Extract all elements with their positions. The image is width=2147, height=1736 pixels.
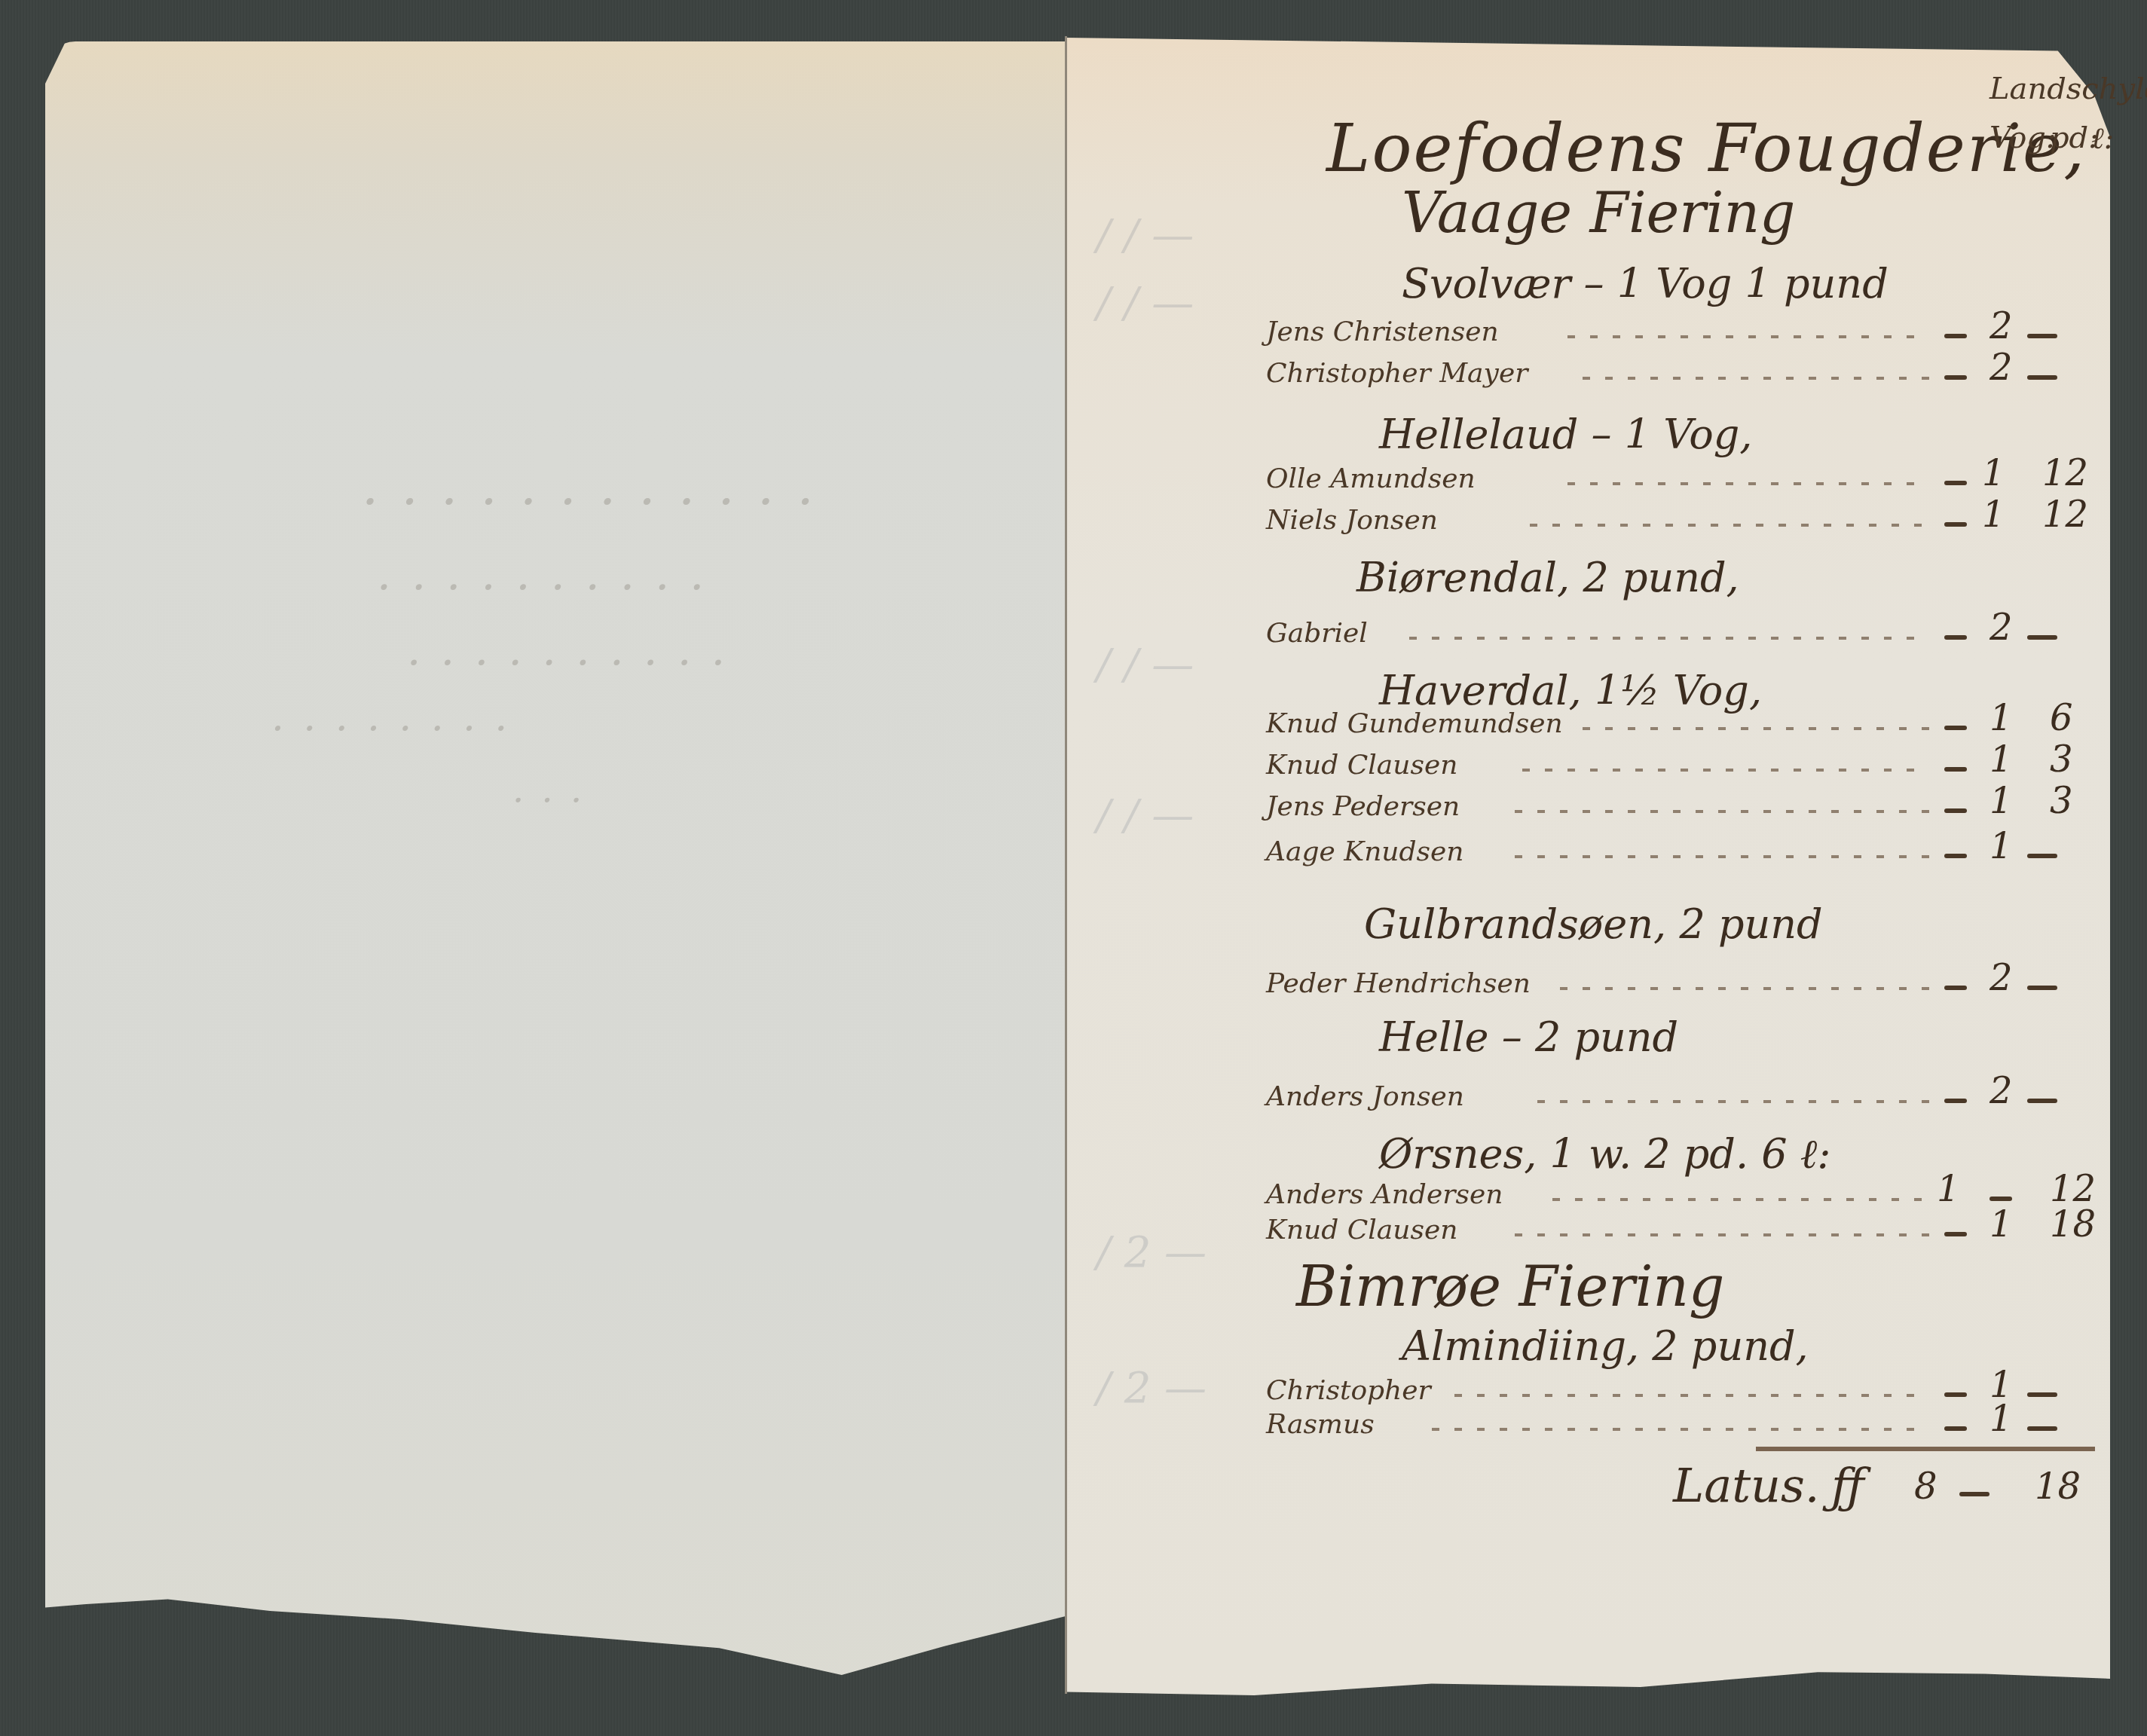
entry-pund: 2: [1989, 1070, 2013, 1112]
empty-vog-dash: [1944, 1099, 1967, 1103]
farm-heading: Haverdal, 1½ Vog,: [1379, 667, 1762, 714]
farm-heading: Svolvær – 1 Vog 1 pund: [1402, 260, 1889, 307]
empty-vog-dash: [1944, 726, 1967, 730]
total-vog: 8: [1914, 1466, 1937, 1508]
entry-name: Rasmus: [1266, 1409, 1375, 1440]
entry-name: Christopher Mayer: [1266, 358, 1528, 389]
bleed-through-mark: / / —: [1096, 640, 1194, 689]
entry-pund: 1: [1989, 1398, 2013, 1440]
entry-name: Olle Amundsen: [1266, 463, 1476, 494]
column-unit-vog: Vog:: [1989, 121, 2056, 155]
leader-dots: [1515, 855, 1929, 858]
left-page: · · · · · · · · · · · · · · · · · · · · …: [45, 41, 1066, 1725]
empty-vog-dash: [1944, 481, 1967, 485]
book-spine-gutter: [1065, 36, 1067, 1694]
entry-name: Anders Andersen: [1266, 1179, 1503, 1210]
leader-dots: [1560, 987, 1929, 990]
empty-vog-dash: [1944, 767, 1967, 772]
bleed-through-line: · · · · · · · · · ·: [377, 561, 707, 614]
leader-dots: [1567, 482, 1929, 485]
empty-vog-dash: [1944, 1392, 1967, 1397]
entry-lispund: 3: [2050, 738, 2073, 781]
entry-name: Niels Jonsen: [1266, 505, 1438, 536]
farm-heading: Hellelaud – 1 Vog,: [1379, 411, 1753, 458]
bleed-through-mark: / / —: [1096, 279, 1194, 328]
district-heading: Bimrøe Fiering: [1296, 1255, 1724, 1319]
entry-pund: 2: [1989, 607, 2013, 649]
leader-dots: [1530, 524, 1929, 527]
empty-lispund-dash: [2027, 1392, 2057, 1397]
entry-lispund: 18: [2050, 1203, 2096, 1245]
entry-name: Peder Hendrichsen: [1266, 968, 1531, 999]
entry-name: Anders Jonsen: [1266, 1081, 1464, 1112]
leader-dots: [1409, 637, 1929, 640]
entry-pund: 2: [1989, 347, 2013, 389]
total-empty-pund-dash: [1959, 1492, 1989, 1496]
leader-dots: [1537, 1100, 1929, 1103]
leader-dots: [1552, 1198, 1929, 1201]
leader-dots: [1522, 769, 1929, 772]
entry-pund: 1: [1989, 738, 2013, 781]
entry-pund: 1: [1989, 825, 2013, 867]
total-underline-rule: [1756, 1447, 2095, 1451]
empty-lispund-dash: [2027, 1426, 2057, 1431]
empty-lispund-dash: [2027, 635, 2057, 640]
farm-heading: Ørsnes, 1 w. 2 pd. 6 ℓ:: [1379, 1130, 1830, 1178]
empty-lispund-dash: [2027, 334, 2057, 338]
empty-lispund-dash: [2027, 375, 2057, 380]
leader-dots: [1432, 1428, 1929, 1431]
entry-pund: 1: [1989, 780, 2013, 822]
entry-vog: 1: [1937, 1168, 1960, 1210]
bleed-through-line: · · · · · · · · · ·: [407, 637, 728, 688]
empty-lispund-dash: [2027, 1099, 2057, 1103]
entry-lispund: 6: [2050, 697, 2073, 739]
bleed-through-line: · · ·: [512, 780, 585, 822]
empty-lispund-dash: [2027, 854, 2057, 858]
empty-vog-dash: [1944, 522, 1967, 527]
bleed-through-mark: / / —: [1096, 211, 1194, 260]
entry-lispund: 12: [2042, 452, 2088, 494]
bleed-through-line: · · · · · · · ·: [271, 704, 510, 752]
column-unit-lispund: ℓ:: [2091, 121, 2114, 156]
empty-vog-dash: [1944, 375, 1967, 380]
bleed-through-mark: / 2 —: [1096, 1228, 1207, 1277]
entry-pund: 1: [1989, 1203, 2013, 1245]
empty-lispund-dash: [2027, 986, 2057, 990]
leader-dots: [1454, 1394, 1929, 1397]
empty-vog-dash: [1944, 854, 1967, 858]
empty-pund-dash: [1989, 1197, 2012, 1201]
entry-name: Aage Knudsen: [1266, 836, 1464, 867]
farm-heading: Helle – 2 pund: [1379, 1013, 1678, 1061]
leader-dots: [1583, 377, 1929, 380]
entry-pund: 1: [1982, 452, 2005, 494]
leader-dots: [1515, 1233, 1929, 1236]
leader-dots: [1583, 727, 1929, 730]
page-title: Loefodens Fougderie,: [1326, 109, 2086, 187]
entry-pund: 2: [1989, 305, 2013, 347]
entry-lispund: 12: [2042, 494, 2088, 536]
entry-pund: 1: [1982, 494, 2005, 536]
entry-name: Jens Pedersen: [1266, 791, 1460, 822]
total-label: Latus.: [1673, 1458, 1820, 1513]
farm-heading: Gulbrandsøen, 2 pund: [1364, 900, 1823, 948]
entry-pund: 1: [1989, 697, 2013, 739]
empty-vog-dash: [1944, 808, 1967, 813]
empty-vog-dash: [1944, 635, 1967, 640]
empty-vog-dash: [1944, 1426, 1967, 1431]
empty-vog-dash: [1944, 986, 1967, 990]
bleed-through-mark: / 2 —: [1096, 1364, 1207, 1413]
entry-name: Christopher: [1266, 1375, 1431, 1406]
farm-heading: Biørendal, 2 pund,: [1356, 554, 1739, 601]
farm-heading: Almindiing, 2 pund,: [1402, 1322, 1809, 1370]
entry-name: Gabriel: [1266, 618, 1368, 649]
entry-pund: 2: [1989, 957, 2013, 999]
leader-dots: [1567, 335, 1929, 338]
empty-vog-dash: [1944, 1232, 1967, 1236]
leader-dots: [1515, 810, 1929, 813]
empty-vog-dash: [1944, 334, 1967, 338]
total-lispund: 18: [2035, 1466, 2081, 1508]
entry-name: Knud Clausen: [1266, 750, 1457, 781]
district-heading: Vaage Fiering: [1402, 181, 1795, 246]
entry-name: Knud Gundemundsen: [1266, 708, 1563, 739]
entry-lispund: 3: [2050, 780, 2073, 822]
column-header-landschyld: Landschyld,: [1989, 72, 2147, 106]
entry-name: Knud Clausen: [1266, 1215, 1457, 1245]
bleed-through-line: · · · · · · · · · · · ·: [362, 471, 817, 533]
entry-name: Jens Christensen: [1266, 316, 1499, 347]
total-currency-sign: ƒƒ: [1831, 1458, 1864, 1513]
bleed-through-mark: / / —: [1096, 791, 1194, 840]
